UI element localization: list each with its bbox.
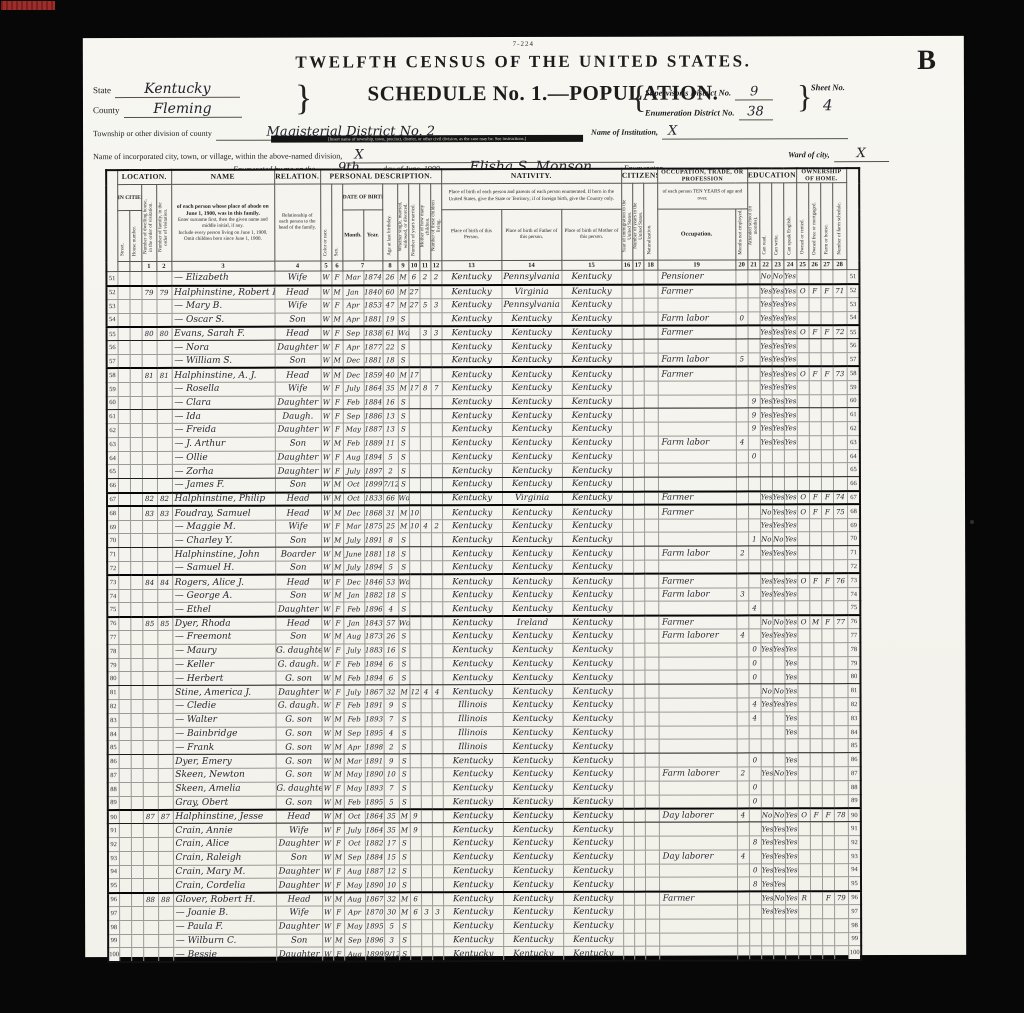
cell-age: 53	[383, 575, 398, 589]
cell-relation: G. daughter	[275, 644, 321, 658]
cell-immigration-year	[622, 367, 633, 381]
cell-street	[119, 824, 131, 838]
cell-years-married	[410, 851, 421, 865]
cell-family-number	[158, 851, 173, 865]
cell-color-race: W	[321, 520, 332, 534]
cell-naturalization	[644, 339, 658, 353]
cell-birthplace: Kentucky	[442, 450, 502, 464]
cell-age: 6	[384, 671, 399, 685]
cell-farm-schedule	[834, 780, 848, 794]
cell-family-number	[157, 479, 172, 493]
line-number-left: 62	[107, 424, 118, 438]
line-number-left: 79	[107, 658, 118, 672]
cell-father-birthplace: Kentucky	[503, 864, 563, 878]
cell-farm-house	[822, 918, 834, 932]
cell-free-mortgaged	[810, 794, 822, 808]
cell-marital-status: S	[398, 423, 409, 437]
cell-family-number: 82	[157, 493, 172, 507]
cell-birthplace: Kentucky	[442, 395, 502, 409]
cell-mother-of-children	[421, 795, 432, 809]
cell-name: — Paula F.	[173, 920, 276, 934]
cell-marital-status: S	[398, 409, 409, 423]
cell-farm-house	[822, 670, 834, 684]
cell-months-not-employed	[737, 919, 749, 933]
cell-children-living	[432, 671, 443, 685]
cell-house-number	[130, 327, 142, 341]
cell-naturalization	[644, 353, 658, 367]
line-number-right: 71	[847, 546, 860, 560]
line-number-right: 73	[847, 573, 860, 587]
cell-owned-rented	[797, 270, 809, 284]
page-title: TWELFTH CENSUS OF THE UNITED STATES.	[83, 51, 964, 73]
cell-mother-birthplace: Kentucky	[562, 615, 622, 629]
cell-family-number	[158, 755, 173, 769]
cell-name: — Oscar S.	[172, 313, 275, 327]
cell-immigration-year	[622, 395, 633, 409]
line-number-right: 74	[848, 587, 861, 601]
cell-free-mortgaged	[810, 643, 822, 657]
cell-birthplace: Illinois	[443, 699, 503, 713]
group-location: LOCATION.	[117, 170, 171, 185]
cell-school-months	[748, 353, 760, 367]
cell-marital-status: M	[399, 809, 410, 823]
cell-birth-year: 1867	[365, 892, 384, 906]
cell-name: Dyer, Rhoda	[172, 616, 275, 630]
line-number-right: 98	[848, 918, 861, 932]
cell-birth-month: Dec	[343, 575, 364, 589]
cell-family-number	[157, 424, 172, 438]
line-number-right: 77	[848, 629, 861, 643]
cell-can-write	[773, 656, 785, 670]
cell-free-mortgaged	[810, 781, 822, 795]
cell-owned-rented	[798, 822, 810, 836]
cell-can-write	[773, 794, 785, 808]
cell-sex: F	[332, 602, 343, 616]
cell-naturalization	[644, 464, 658, 478]
cell-mother-birthplace: Kentucky	[563, 712, 623, 726]
cell-relation: G. son	[276, 727, 322, 741]
cell-years-in-us	[633, 546, 644, 560]
cell-speaks-english: Yes	[784, 339, 797, 353]
cell-immigration-year	[623, 740, 634, 754]
cell-school-months	[748, 312, 760, 326]
cell-name: — Herbert	[173, 672, 276, 686]
cell-street	[119, 755, 131, 769]
state-line: State Kentucky	[93, 80, 240, 98]
cell-months-not-employed	[737, 877, 749, 891]
pob-mother-header: Place of birth of Mother of this person.	[561, 209, 621, 260]
cell-sex: F	[332, 658, 343, 672]
cell-can-read: Yes	[760, 491, 772, 505]
cell-name: Foudray, Samuel	[172, 506, 275, 520]
cell-farm-schedule	[834, 794, 848, 808]
cell-occupation	[658, 394, 736, 408]
cell-school-months	[749, 850, 761, 864]
cell-months-not-employed	[737, 684, 749, 698]
cell-free-mortgaged	[809, 339, 821, 353]
cell-months-not-employed	[736, 505, 748, 519]
cell-naturalization	[644, 270, 658, 284]
cell-speaks-english: Yes	[784, 325, 797, 339]
cell-sex: M	[331, 285, 342, 299]
cell-birth-month: Sep	[344, 727, 365, 741]
cell-farm-house: F	[821, 284, 833, 298]
cell-farm-schedule: 78	[834, 808, 848, 822]
cell-farm-schedule	[833, 518, 847, 532]
cell-children-living	[432, 919, 443, 933]
cell-naturalization	[644, 422, 658, 436]
cell-birthplace: Kentucky	[442, 381, 502, 395]
cell-street	[119, 769, 131, 783]
cell-occupation	[659, 877, 737, 891]
cell-immigration-year	[622, 298, 633, 312]
cell-months-not-employed	[737, 698, 749, 712]
pob-father-header: Place of birth of Father of this person.	[501, 210, 561, 261]
cell-years-married	[409, 478, 420, 492]
line-number-left: 66	[107, 479, 118, 493]
line-number-left: 69	[107, 520, 118, 534]
cell-dwelling-number	[142, 355, 157, 369]
cell-house-number	[131, 741, 143, 755]
cell-birth-month: Jan	[343, 616, 364, 630]
cell-occupation	[658, 601, 736, 615]
cell-children-living	[432, 768, 443, 782]
cell-age: 40	[383, 368, 398, 382]
cell-name: — Ollie	[172, 451, 275, 465]
cell-father-birthplace: Kentucky	[502, 588, 562, 602]
cell-mother-of-children	[420, 409, 431, 423]
cell-immigration-year	[623, 891, 634, 905]
cell-children-living	[431, 588, 442, 602]
cell-birth-year: 1891	[364, 533, 383, 547]
cell-family-number	[158, 741, 173, 755]
line-number-right: 91	[848, 822, 861, 836]
cell-dwelling-number	[143, 713, 158, 727]
cell-marital-status: Wd	[398, 492, 409, 506]
cell-owned-rented: O	[797, 574, 809, 588]
cell-speaks-english	[784, 449, 797, 463]
cell-house-number	[130, 506, 142, 520]
cell-immigration-year	[623, 671, 634, 685]
cell-naturalization	[644, 533, 658, 547]
cell-birthplace: Kentucky	[442, 354, 502, 368]
cell-years-in-us	[634, 809, 645, 823]
cell-speaks-english: Yes	[784, 380, 797, 394]
cell-immigration-year	[623, 809, 634, 823]
line-number-right: 52	[847, 284, 860, 298]
cell-mother-birthplace: Kentucky	[562, 629, 622, 643]
cell-street	[119, 838, 131, 852]
line-number-left: 72	[107, 562, 118, 576]
cell-name: — Bessie	[173, 948, 276, 962]
cell-marital-status: S	[398, 340, 409, 354]
cell-family-number	[157, 686, 172, 700]
cell-birth-month: Feb	[343, 658, 364, 672]
cell-age: 35	[383, 382, 398, 396]
cell-marital-status: S	[399, 740, 410, 754]
cell-occupation	[659, 739, 737, 753]
cell-naturalization	[645, 933, 659, 947]
children-living-header: Number of these children living.	[430, 184, 441, 261]
cell-speaks-english: Yes	[784, 367, 797, 381]
cell-birth-year: 1883	[364, 644, 383, 658]
cell-street	[117, 299, 129, 313]
cell-free-mortgaged	[809, 546, 821, 560]
census-sheet: 7-224 TWELFTH CENSUS OF THE UNITED STATE…	[83, 36, 966, 957]
cell-house-number	[131, 865, 143, 879]
cell-occupation: Farmer	[659, 891, 737, 905]
line-number-left: 98	[108, 920, 119, 934]
cell-owned-rented: O	[797, 325, 809, 339]
cell-school-months	[749, 629, 761, 643]
line-number-left: 87	[108, 769, 119, 783]
cell-owned-rented	[798, 643, 810, 657]
cell-mother-birthplace: Kentucky	[562, 519, 622, 533]
cell-father-birthplace: Virginia	[502, 491, 562, 505]
cell-dwelling-number: 84	[142, 575, 157, 589]
cell-color-race: W	[321, 368, 332, 382]
line-number-left: 80	[107, 672, 118, 686]
cell-occupation: Farm labor	[658, 546, 736, 560]
cell-can-write: Yes	[772, 491, 784, 505]
cell-color-race: W	[321, 506, 332, 520]
colnum: 15	[562, 261, 622, 271]
cell-birth-month: May	[344, 878, 365, 892]
cell-relation: Head	[275, 327, 321, 341]
cell-school-months	[749, 767, 761, 781]
cell-relation: Daughter	[275, 451, 321, 465]
cell-speaks-english: Yes	[784, 270, 797, 284]
cell-dwelling-number: 82	[142, 493, 157, 507]
cell-immigration-year	[623, 795, 634, 809]
cell-house-number	[131, 838, 143, 852]
cell-father-birthplace: Virginia	[502, 285, 562, 299]
cell-sex: M	[333, 727, 344, 741]
cell-years-married: 27	[408, 285, 419, 299]
cell-naturalization	[645, 822, 659, 836]
cell-occupation: Day laborer	[659, 850, 737, 864]
cell-father-birthplace: Pennsylvania	[502, 298, 562, 312]
cell-relation: G. daugh.	[276, 699, 322, 713]
colnum: 4	[274, 261, 320, 271]
cell-marital-status: M	[399, 823, 410, 837]
cell-age: 18	[383, 588, 398, 602]
cell-birthplace: Kentucky	[442, 561, 502, 575]
cell-birthplace: Kentucky	[442, 340, 502, 354]
cell-mother-birthplace: Kentucky	[563, 878, 623, 892]
cell-speaks-english: Yes	[784, 408, 797, 422]
cell-free-mortgaged	[810, 739, 822, 753]
cell-dwelling-number	[142, 603, 157, 617]
cell-immigration-year	[623, 822, 634, 836]
colnum: 28	[833, 260, 847, 270]
cell-farm-house: F	[821, 574, 833, 588]
cell-speaks-english: Yes	[785, 850, 798, 864]
cell-relation: Son	[276, 851, 322, 865]
cell-color-race: W	[321, 340, 332, 354]
cell-mother-of-children	[420, 644, 431, 658]
cell-birth-year: 1867	[365, 685, 384, 699]
cell-mother-of-children	[420, 588, 431, 602]
cell-months-not-employed	[736, 298, 748, 312]
cell-years-in-us	[633, 477, 644, 491]
cell-street	[118, 382, 130, 396]
cell-immigration-year	[622, 326, 633, 340]
cell-mother-of-children	[420, 575, 431, 589]
cell-children-living	[432, 740, 443, 754]
cell-months-not-employed	[737, 670, 749, 684]
cell-school-months	[749, 905, 761, 919]
cell-marital-status: S	[398, 602, 409, 616]
cell-street	[118, 368, 130, 382]
pob-person-header: Place of birth of this Person.	[441, 210, 501, 261]
cell-birth-month: Oct	[343, 478, 364, 492]
line-number-right: 85	[848, 739, 861, 753]
cell-children-living	[431, 450, 442, 464]
colnum: 20	[736, 260, 748, 270]
years-in-us-header: Number of years in the United States.	[632, 183, 643, 260]
cell-speaks-english	[785, 739, 798, 753]
cell-name: — Joanie B.	[173, 906, 276, 920]
cell-immigration-year	[623, 657, 634, 671]
cell-speaks-english: Yes	[785, 753, 798, 767]
cell-birthplace: Kentucky	[442, 312, 502, 326]
cell-relation: Son	[275, 354, 321, 368]
line-number-left: 77	[107, 631, 118, 645]
cell-birthplace: Kentucky	[442, 326, 502, 340]
cell-naturalization	[645, 698, 659, 712]
cell-sex: M	[332, 368, 343, 382]
cell-color-race: W	[322, 892, 333, 906]
cell-children-living	[431, 368, 442, 382]
cell-birth-year: 1843	[364, 616, 383, 630]
cell-sex: M	[333, 671, 344, 685]
cell-years-in-us	[634, 905, 645, 919]
cell-immigration-year	[623, 878, 634, 892]
line-number-left: 65	[107, 465, 118, 479]
cell-years-in-us	[634, 947, 645, 961]
cell-birth-month: July	[344, 823, 365, 837]
cell-mother-birthplace: Kentucky	[563, 753, 623, 767]
cell-birth-year: 1889	[364, 437, 383, 451]
enumeration-line: Enumeration District No. 38	[645, 102, 773, 120]
cell-mother-of-children	[421, 837, 432, 851]
cell-mother-of-children	[421, 782, 432, 796]
cell-speaks-english: Yes	[785, 822, 798, 836]
cell-name: Halphinstine, A. J.	[172, 368, 275, 382]
cell-months-not-employed: 3	[736, 588, 748, 602]
cell-months-not-employed	[736, 601, 748, 615]
cell-farm-schedule	[834, 601, 848, 615]
cell-can-write: Yes	[773, 877, 785, 891]
cell-sex: F	[333, 837, 344, 851]
cell-birth-month: July	[343, 533, 364, 547]
cell-street	[118, 644, 130, 658]
cell-mother-birthplace: Kentucky	[563, 822, 623, 836]
cell-years-married	[409, 630, 420, 644]
cell-farm-house	[822, 932, 834, 946]
cell-relation: Son	[275, 589, 321, 603]
cell-years-married	[410, 699, 421, 713]
cell-family-number	[157, 672, 172, 686]
cell-farm-house	[822, 725, 834, 739]
cell-sex: M	[332, 630, 343, 644]
cell-speaks-english: Yes	[784, 312, 797, 326]
cell-owned-rented	[798, 863, 810, 877]
cell-immigration-year	[623, 767, 634, 781]
cell-months-not-employed	[737, 891, 749, 905]
cell-sex: F	[332, 423, 343, 437]
cell-street	[118, 520, 130, 534]
cell-street	[118, 465, 130, 479]
cell-can-read: Yes	[760, 546, 772, 560]
cell-can-write: No	[772, 270, 784, 284]
cell-naturalization	[644, 615, 658, 629]
cell-sex: F	[332, 340, 343, 354]
cell-school-months	[749, 822, 761, 836]
cell-family-number	[157, 658, 172, 672]
cell-mother-birthplace: Kentucky	[562, 284, 622, 298]
cell-color-race: W	[322, 934, 333, 948]
cell-mother-of-children	[421, 878, 432, 892]
cell-years-in-us	[634, 657, 645, 671]
cell-street	[119, 727, 131, 741]
cell-relation: G. daugh.	[275, 658, 321, 672]
cell-color-race: W	[321, 533, 332, 547]
cell-age: 11	[383, 437, 398, 451]
cell-age: 7	[384, 713, 399, 727]
cell-years-in-us	[633, 436, 644, 450]
cell-years-in-us	[633, 450, 644, 464]
cell-father-birthplace: Kentucky	[502, 367, 562, 381]
cell-house-number	[130, 493, 142, 507]
cell-free-mortgaged	[810, 822, 822, 836]
line-number-right: 79	[848, 656, 861, 670]
cell-age: 22	[383, 340, 398, 354]
cell-mother-birthplace: Kentucky	[563, 698, 623, 712]
cell-mother-birthplace: Kentucky	[562, 298, 622, 312]
cell-years-married	[410, 933, 421, 947]
cell-mother-of-children	[420, 602, 431, 616]
line-number-left: 96	[108, 893, 119, 907]
cell-can-read: Yes	[761, 836, 773, 850]
cell-months-not-employed: 4	[736, 436, 748, 450]
cell-street	[118, 396, 130, 410]
cell-birth-month: July	[343, 382, 364, 396]
cell-color-race: W	[321, 575, 332, 589]
cell-birth-month: Aug	[343, 630, 364, 644]
enumeration-value: 38	[738, 104, 772, 120]
cell-street	[118, 479, 130, 493]
line-col-header-right	[846, 168, 859, 270]
cell-naturalization	[645, 919, 659, 933]
cell-free-mortgaged	[810, 863, 822, 877]
cell-mother-birthplace: Kentucky	[562, 560, 622, 574]
name-description: of each person whose place of abode on J…	[171, 184, 274, 261]
cell-years-married: 12	[410, 685, 421, 699]
cell-naturalization	[645, 947, 659, 961]
cell-birth-year: 1881	[364, 354, 383, 368]
cell-marital-status: S	[399, 782, 410, 796]
cell-family-number	[157, 630, 172, 644]
cell-naturalization	[645, 850, 659, 864]
line-number-right: 84	[848, 725, 861, 739]
ward-label: Ward of city,	[788, 150, 830, 159]
cell-owned-rented	[798, 946, 810, 960]
cell-birth-year: 1894	[364, 561, 383, 575]
colnum: 25	[797, 260, 809, 270]
cell-dwelling-number: 80	[142, 327, 157, 341]
